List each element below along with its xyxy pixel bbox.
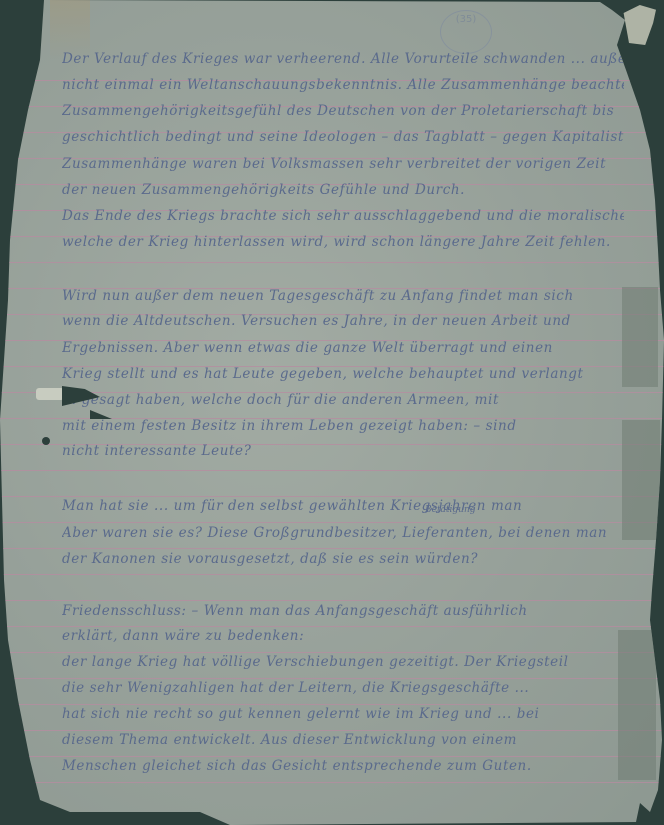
torn-corner-tab [620,5,656,45]
text-line: Friedensschluss: – Wenn man das Anfangsg… [62,602,624,620]
rule-line [0,782,664,783]
text-line: die sehr Wenigzahligen hat der Leitern, … [62,679,624,697]
text-line: Wird nun außer dem neuen Tagesgeschäft z… [62,287,624,305]
text-line: geschichtlich bedingt und seine Ideologe… [62,128,624,146]
text-line: Man hat sie ... um für den selbst gewähl… [62,497,624,515]
text-line: erklärt, dann wäre zu bedenken: [62,627,624,645]
paper-hole [42,437,50,445]
text-line: welche der Krieg hinterlassen wird, wird… [62,233,624,251]
text-line: Krieg stellt und es hat Leute gegeben, w… [62,365,624,383]
text-line: Ergebnissen. Aber wenn etwas die ganze W… [62,339,624,357]
text-line: Das Ende des Kriegs brachte sich sehr au… [62,207,624,225]
rule-line [0,470,664,471]
rule-line [0,600,664,601]
archive-stamp: (35) [440,10,492,54]
rule-line [0,522,664,523]
text-line: Menschen gleichet sich das Gesicht entsp… [62,757,624,775]
rule-line [0,548,664,549]
paper-sheet: (35) Der Verlauf des Krieges war verheer… [0,0,664,825]
tape-strip [622,420,660,540]
text-line: der lange Krieg hat völlige Verschiebung… [62,653,624,671]
text-line: Der Verlauf des Krieges war verheerend. … [62,50,624,68]
interlinear-note: Betätigung [425,505,476,515]
text-line: der neuen Zusammengehörigkeits Gefühle u… [62,181,624,199]
rule-line [0,574,664,575]
text-line: mit einem festen Besitz in ihrem Leben g… [62,417,624,435]
text-line: Zusammengehörigkeitsgefühl des Deutschen… [62,102,624,120]
text-line: hat sich nie recht so gut kennen gelernt… [62,705,624,723]
scanned-page: (35) Der Verlauf des Krieges war verheer… [0,0,664,825]
text-line: ... gesagt haben, welche doch für die an… [62,391,624,409]
text-line: nicht interessante Leute? [62,442,624,460]
text-line: der Kanonen sie vorausgesetzt, daß sie e… [62,550,624,568]
text-line: nicht einmal ein Weltanschauungsbekenntn… [62,76,624,94]
tape-strip [622,287,658,387]
text-line: Zusammenhänge waren bei Volksmassen sehr… [62,155,624,173]
text-line: Aber waren sie es? Diese Großgrundbesitz… [62,524,624,542]
paper-scrap [36,388,64,400]
text-line: wenn die Altdeutschen. Versuchen es Jahr… [62,312,624,330]
rule-line [0,262,664,263]
text-line: diesem Thema entwickelt. Aus dieser Entw… [62,731,624,749]
